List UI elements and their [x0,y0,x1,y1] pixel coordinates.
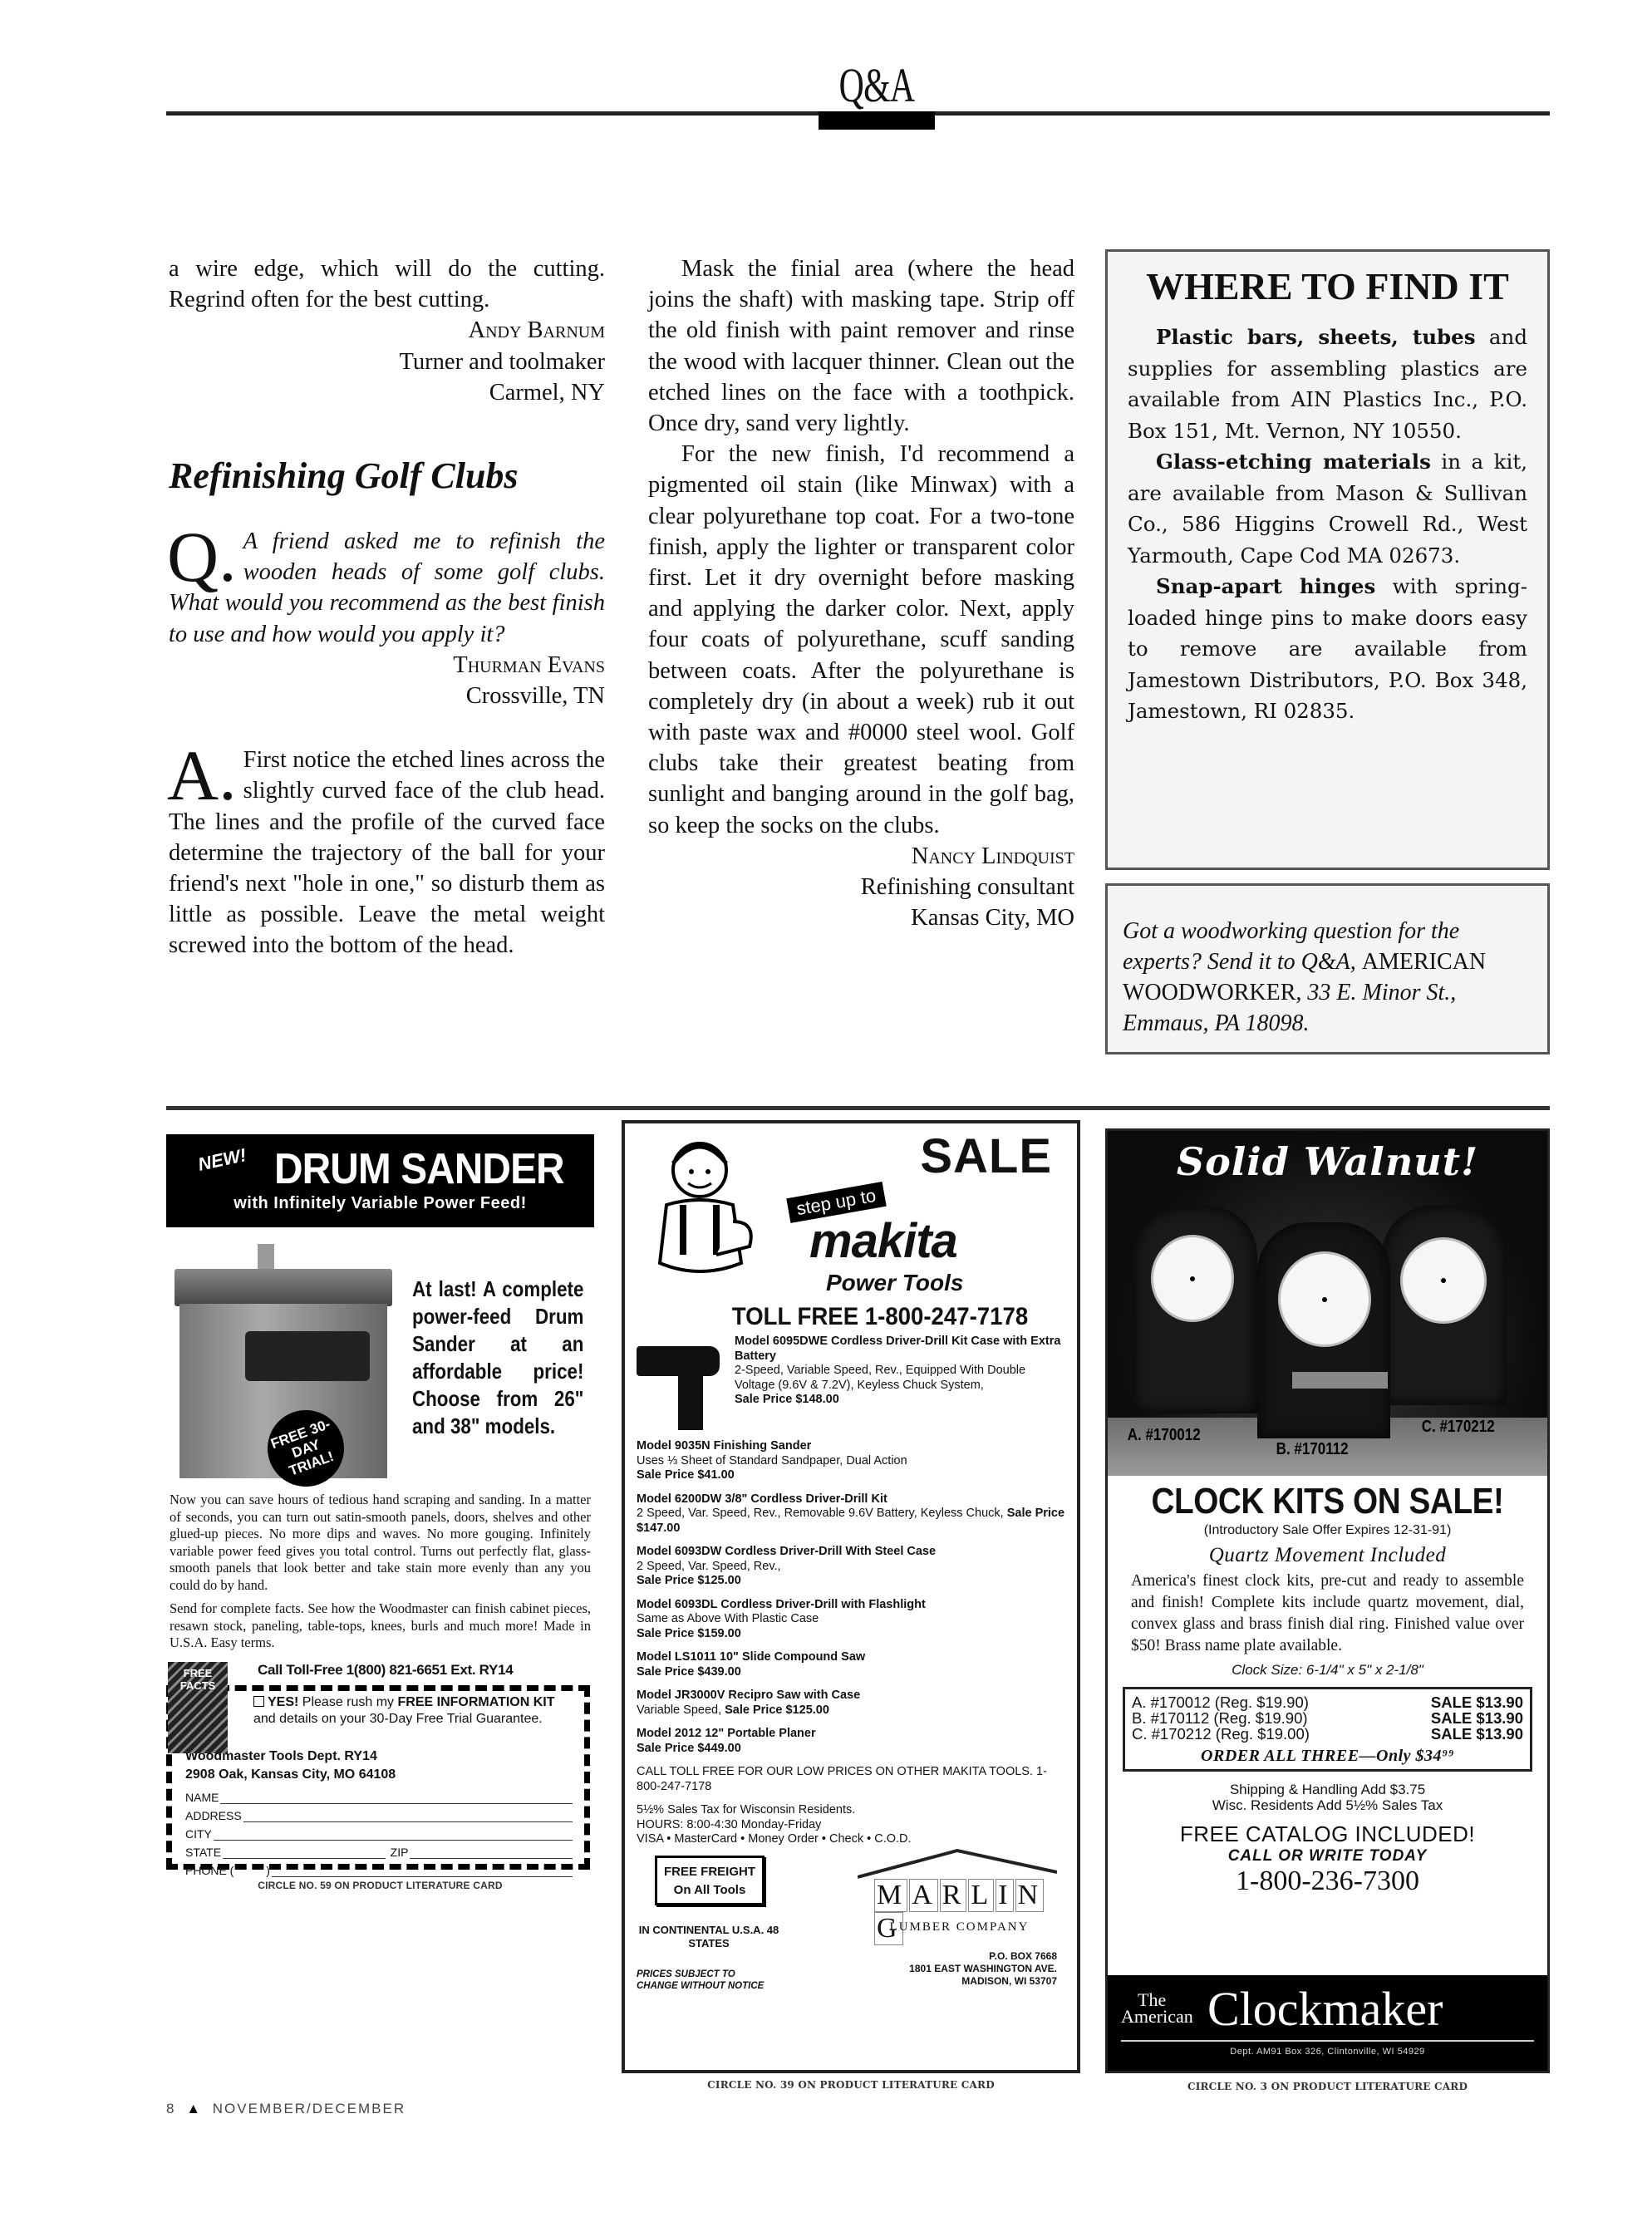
a-drop-cap: A. [167,748,237,803]
marling-address: P.O. BOX 7668 1801 EAST WASHINGTON AVE. … [909,1950,1057,1988]
free-catalog: FREE CATALOG INCLUDED! [1119,1821,1536,1847]
product-item: Model JR3000V Recipro Saw with CaseVaria… [637,1689,1069,1718]
section-title-qa: Q&A [835,60,919,111]
drum-banner: NEW! DRUM SANDER with Infinitely Variabl… [166,1134,594,1227]
clock-label-b: B. #170112 [1276,1440,1349,1459]
signature-barnum: Andy Barnum Turner and toolmaker Carmel,… [169,315,605,408]
product-item: Model 6095DWE Cordless Driver-Drill Kit … [637,1335,1069,1433]
page-number: 8 [166,2101,175,2116]
drum-pitch: At last! A complete power-feed Drum Sand… [412,1276,583,1440]
drum-sander-image: FREE 30-DAY TRIAL! [175,1244,392,1481]
makita-hours: HOURS: 8:00-4:30 Monday-Friday [637,1818,1069,1833]
signature-name: Thurman Evans [169,650,605,681]
coupon-border: YES! Please rush my FREE INFORMATION KIT… [166,1685,590,1870]
clock-face-icon [1151,1235,1234,1322]
product-item: Model LS1011 10" Slide Compound SawSale … [637,1650,1069,1679]
product-item: Model 2012 12" Portable PlanerSale Price… [637,1727,1069,1756]
source-item: Snap-apart hinges with spring-loaded hin… [1128,571,1527,727]
answer-paragraph-2: Mask the finial area (where the head joi… [648,253,1074,439]
marling-name: MARLING [874,1879,1065,1945]
makita-subtitle: Power Tools [826,1270,963,1296]
source-item: Plastic bars, sheets, tubes and supplies… [1128,322,1527,446]
american-clockmaker-logo: TheAmerican Clockmaker Dept. AM91 Box 32… [1108,1975,1547,2071]
makita-tax-note: 5½% Sales Tax for Wisconsin Residents. [637,1803,1069,1818]
clockmaker-address: Dept. AM91 Box 326, Clintonville, WI 549… [1108,2047,1547,2057]
clock-phone: 1-800-236-7300 [1119,1866,1536,1897]
article-column-1: a wire edge, which will do the cutting. … [169,253,605,961]
coupon-request: YES! Please rush my FREE INFORMATION KIT… [253,1694,569,1728]
clock-description: America's finest clock kits, pre-cut and… [1119,1571,1536,1657]
signature-evans: Thurman Evans Crossville, TN [169,650,605,711]
continental-note: IN CONTINENTAL U.S.A. 48 STATES [638,1924,779,1950]
prices-note: PRICES SUBJECT TO CHANGE WITHOUT NOTICE [637,1969,769,1992]
coupon-fields: NAME ADDRESS CITY STATEZIP PHONE ( ) [185,1786,573,1877]
header-tab [819,111,935,130]
makita-call-note: CALL TOLL FREE FOR OUR LOW PRICES ON OTH… [637,1765,1069,1794]
marling-lumber-logo: MARLING LUMBER COMPANY P.O. BOX 7668 180… [849,1852,1065,2002]
question-paragraph: Q.A friend asked me to refinish the wood… [169,526,605,650]
issue-date: NOVEMBER/DECEMBER [213,2101,406,2116]
clock-circle-note: CIRCLE NO. 3 ON PRODUCT LITERATURE CARD [1105,2081,1550,2092]
offer-expiry: (Introductory Sale Offer Expires 12-31-9… [1119,1522,1536,1539]
makita-product-list: Model 6095DWE Cordless Driver-Drill Kit … [625,1335,1077,1847]
shipping-note: Shipping & Handling Add $3.75 Wisc. Resi… [1119,1782,1536,1813]
where-to-find-it-title: WHERE TO FIND IT [1128,263,1527,310]
ads-divider [166,1106,1550,1110]
page-footer: 8 ▲ NOVEMBER/DECEMBER [166,2101,406,2117]
article-column-2: Mask the finial area (where the head joi… [648,253,1074,933]
solid-walnut-title: Solid Walnut! [1108,1139,1547,1184]
drum-subtitle: with Infinitely Variable Power Feed! [166,1194,594,1213]
lead-in-paragraph: a wire edge, which will do the cutting. … [169,253,605,315]
state-zip-field[interactable]: STATEZIP [185,1841,573,1859]
product-item: Model 6093DL Cordless Driver-Drill with … [637,1598,1069,1642]
product-item: Model 6093DW Cordless Driver-Drill With … [637,1545,1069,1589]
clock-face-icon [1278,1251,1371,1347]
ad-makita: SALE step up to makita Power Tools TOLL … [622,1120,1080,2073]
makita-toll-free: TOLL FREE 1-800-247-7178 [699,1303,1061,1331]
answer-paragraph-3: For the new finish, I'd recommend a pigm… [648,439,1074,841]
answer-paragraph: A.First notice the etched lines across t… [169,745,605,961]
clock-sale-headline: CLOCK KITS ON SALE! [1144,1481,1511,1522]
yes-checkbox[interactable] [253,1696,264,1707]
call-or-write: CALL OR WRITE TODAY [1119,1847,1536,1866]
signature-location: Carmel, NY [169,377,605,408]
price-row: A. #170012 (Reg. $19.90)SALE $13.90 [1132,1694,1523,1710]
product-item: Model 9035N Finishing SanderUses ⅓ Sheet… [637,1439,1069,1483]
phone-field[interactable]: PHONE ( ) [185,1859,573,1877]
q-drop-cap: Q. [167,529,237,584]
signature-name: Andy Barnum [169,315,605,346]
quartz-note: Quartz Movement Included [1119,1544,1536,1567]
triangle-icon: ▲ [186,2101,202,2116]
clock-size: Clock Size: 6-1/4" x 5" x 2-1/8" [1119,1662,1536,1679]
free-freight-box: FREE FREIGHT On All Tools [655,1856,765,1905]
drum-title: DRUM SANDER [274,1146,564,1192]
clocks-photo: Solid Walnut! A. #170012 B. #170112 C. #… [1108,1131,1547,1476]
marling-sub: LUMBER COMPANY [858,1920,1061,1934]
address-field[interactable]: ADDRESS [185,1804,573,1822]
info-coupon: YES! Please rush my FREE INFORMATION KIT… [166,1662,594,1878]
submit-question-box: Got a woodworking question for the exper… [1105,883,1550,1054]
cartoon-worker-icon [650,1130,758,1296]
drum-copy: Now you can save hours of tedious hand s… [166,1492,594,1652]
makita-logo: makita [809,1213,957,1269]
product-item: Model 6200DW 3/8" Cordless Driver-Drill … [637,1492,1069,1536]
name-field[interactable]: NAME [185,1786,573,1804]
price-row: B. #170112 (Reg. $19.90)SALE $13.90 [1132,1710,1523,1726]
signature-title: Refinishing consultant [648,872,1074,902]
order-all-three: ORDER ALL THREE—Only $34⁹⁹ [1132,1748,1523,1764]
roof-icon [858,1847,1057,1880]
ad-drum-sander: NEW! DRUM SANDER with Infinitely Variabl… [166,1134,594,1891]
clock-face-icon [1400,1237,1487,1324]
makita-circle-note: CIRCLE NO. 39 ON PRODUCT LITERATURE CARD [622,2079,1080,2091]
clock-price-table: A. #170012 (Reg. $19.90)SALE $13.90 B. #… [1123,1687,1532,1772]
where-to-find-it-box: WHERE TO FIND IT Plastic bars, sheets, t… [1105,249,1550,870]
clock-label-a: A. #170012 [1128,1426,1201,1445]
new-badge: NEW! [196,1144,248,1176]
clock-label-c: C. #170212 [1422,1418,1495,1437]
drum-phone: Call Toll-Free 1(800) 821-6651 Ext. RY14 [258,1662,513,1679]
drill-icon [637,1335,728,1433]
city-field[interactable]: CITY [185,1822,573,1841]
signature-location: Crossville, TN [169,681,605,711]
signature-name: Nancy Lindquist [648,841,1074,872]
price-row: C. #170212 (Reg. $19.00)SALE $13.90 [1132,1726,1523,1742]
ad-clock-kits: Solid Walnut! A. #170012 B. #170112 C. #… [1105,1128,1550,2073]
sale-headline: SALE [920,1128,1052,1184]
source-item: Glass-etching materials in a kit, are av… [1128,446,1527,571]
drum-circle-note: CIRCLE NO. 59 ON PRODUCT LITERATURE CARD [166,1880,594,1891]
article-heading: Refinishing Golf Clubs [169,455,605,498]
free-facts-book-icon: FREE FACTS [168,1662,228,1753]
makita-payment: VISA • MasterCard • Money Order • Check … [637,1832,1069,1847]
signature-title: Turner and toolmaker [169,347,605,377]
signature-lindquist: Nancy Lindquist Refinishing consultant K… [648,841,1074,934]
signature-location: Kansas City, MO [648,902,1074,933]
